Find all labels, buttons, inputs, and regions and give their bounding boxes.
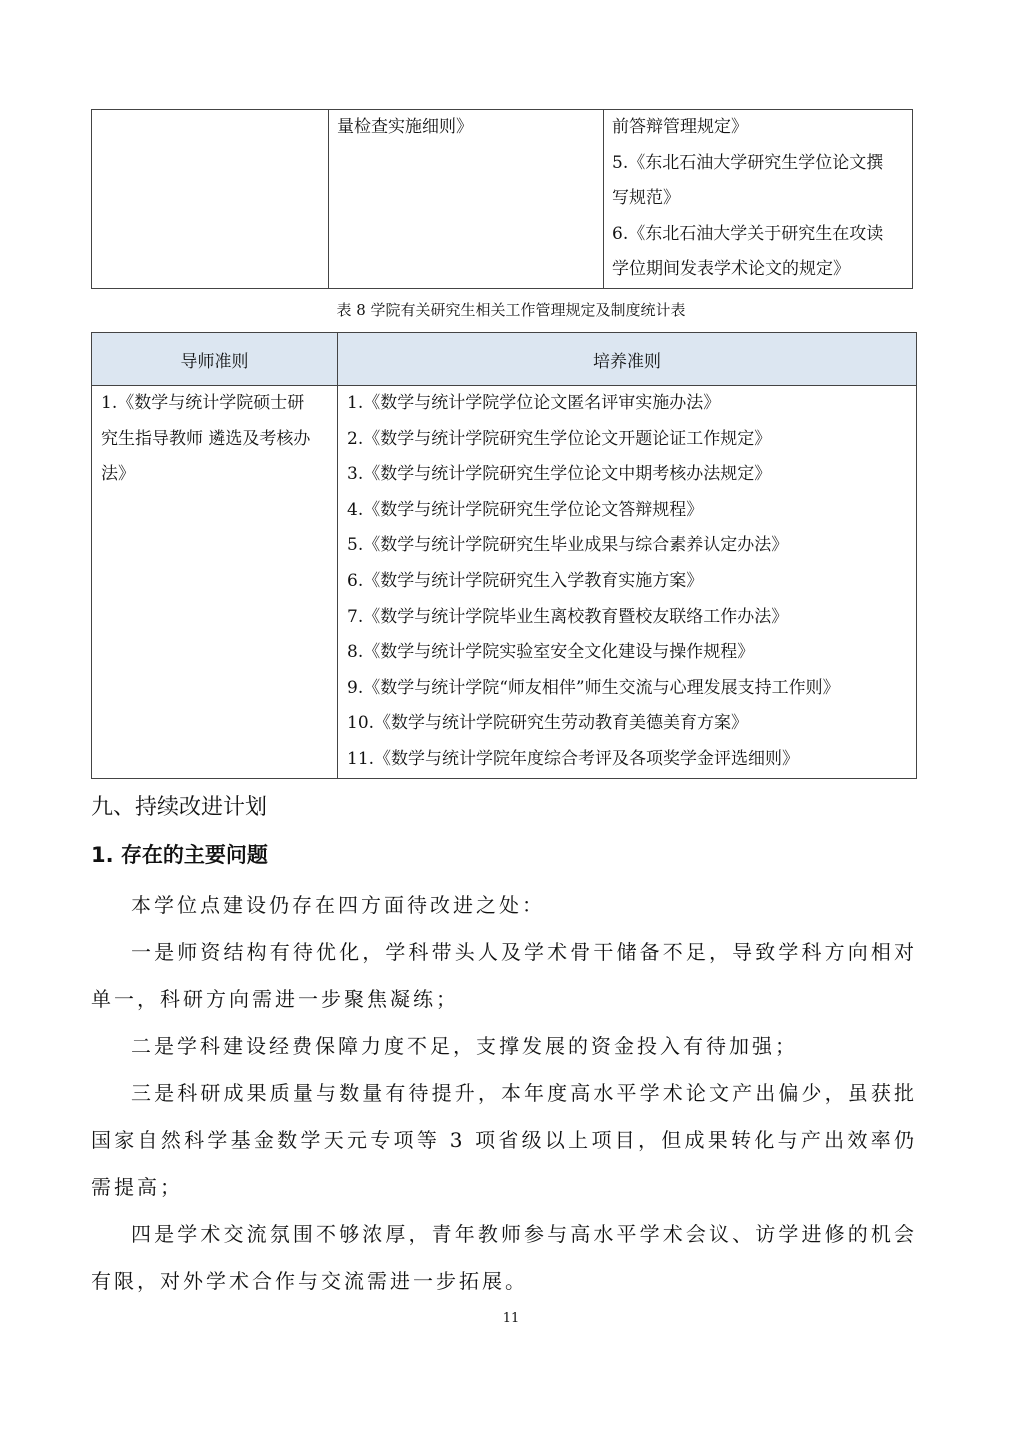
training-rule-item: 3.《数学与统计学院研究生学位论文中期考核办法规定》	[347, 457, 912, 493]
training-rule-item: 10.《数学与统计学院研究生劳动教育美德美育方案》	[347, 706, 912, 742]
section-body: 本学位点建设仍存在四方面待改进之处： 一是师资结构有待优化，学科带头人及学术骨干…	[91, 882, 917, 1305]
prev-table-text: 写规范》	[612, 181, 912, 217]
section-heading: 九、持续改进计划	[91, 790, 267, 821]
prev-table-text: 5.《东北石油大学研究生学位论文撰	[612, 146, 912, 182]
prev-table-text: 6.《东北石油大学关于研究生在攻读	[612, 217, 912, 253]
paragraph: 二是学科建设经费保障力度不足，支撑发展的资金投入有待加强；	[91, 1023, 917, 1070]
prev-table-text: 量检查实施细则》	[337, 110, 603, 146]
training-rule-item: 1.《数学与统计学院学位论文匿名评审实施办法》	[347, 386, 912, 422]
table-header-mentor: 导师准则	[92, 333, 338, 386]
prev-table-col3: 前答辩管理规定》 5.《东北石油大学研究生学位论文撰 写规范》 6.《东北石油大…	[604, 110, 913, 289]
training-rule-item: 2.《数学与统计学院研究生学位论文开题论证工作规定》	[347, 422, 912, 458]
prev-table-text: 前答辩管理规定》	[612, 110, 912, 146]
prev-table-col2: 量检查实施细则》	[329, 110, 604, 289]
table-8: 导师准则 培养准则 1.《数学与统计学院硕士研 究生指导教师 遴选及考核办 法》…	[91, 332, 917, 779]
training-rule-item: 4.《数学与统计学院研究生学位论文答辩规程》	[347, 493, 912, 529]
table-caption: 表 8 学院有关研究生相关工作管理规定及制度统计表	[0, 299, 1022, 321]
prev-table-text: 学位期间发表学术论文的规定》	[612, 252, 912, 288]
document-page: 量检查实施细则》 前答辩管理规定》 5.《东北石油大学研究生学位论文撰 写规范》…	[0, 0, 1022, 1433]
training-rule-item: 5.《数学与统计学院研究生毕业成果与综合素养认定办法》	[347, 528, 912, 564]
training-rule-item: 11.《数学与统计学院年度综合考评及各项奖学金评选细则》	[347, 742, 912, 778]
paragraph: 一是师资结构有待优化，学科带头人及学术骨干储备不足，导致学科方向相对单一，科研方…	[91, 929, 917, 1023]
mentor-rules-cell: 1.《数学与统计学院硕士研 究生指导教师 遴选及考核办 法》	[92, 386, 338, 779]
subsection-heading: 1. 存在的主要问题	[91, 839, 268, 869]
paragraph: 本学位点建设仍存在四方面待改进之处：	[91, 882, 917, 929]
mentor-rule-line: 法》	[101, 457, 333, 493]
paragraph: 三是科研成果质量与数量有待提升，本年度高水平学术论文产出偏少，虽获批国家自然科学…	[91, 1070, 917, 1211]
mentor-rule-line: 究生指导教师 遴选及考核办	[101, 422, 333, 458]
training-rules-cell: 1.《数学与统计学院学位论文匿名评审实施办法》 2.《数学与统计学院研究生学位论…	[338, 386, 917, 779]
prev-table-col1	[92, 110, 329, 289]
previous-table-continuation: 量检查实施细则》 前答辩管理规定》 5.《东北石油大学研究生学位论文撰 写规范》…	[91, 109, 913, 289]
training-rule-item: 9.《数学与统计学院“师友相伴”师生交流与心理发展支持工作则》	[347, 671, 912, 707]
paragraph: 四是学术交流氛围不够浓厚，青年教师参与高水平学术会议、访学进修的机会有限，对外学…	[91, 1211, 917, 1305]
mentor-rule-line: 1.《数学与统计学院硕士研	[101, 386, 333, 422]
training-rule-item: 8.《数学与统计学院实验室安全文化建设与操作规程》	[347, 635, 912, 671]
training-rule-item: 6.《数学与统计学院研究生入学教育实施方案》	[347, 564, 912, 600]
training-rule-item: 7.《数学与统计学院毕业生离校教育暨校友联络工作办法》	[347, 600, 912, 636]
page-number: 11	[0, 1311, 1022, 1326]
table-header-training: 培养准则	[338, 333, 917, 386]
